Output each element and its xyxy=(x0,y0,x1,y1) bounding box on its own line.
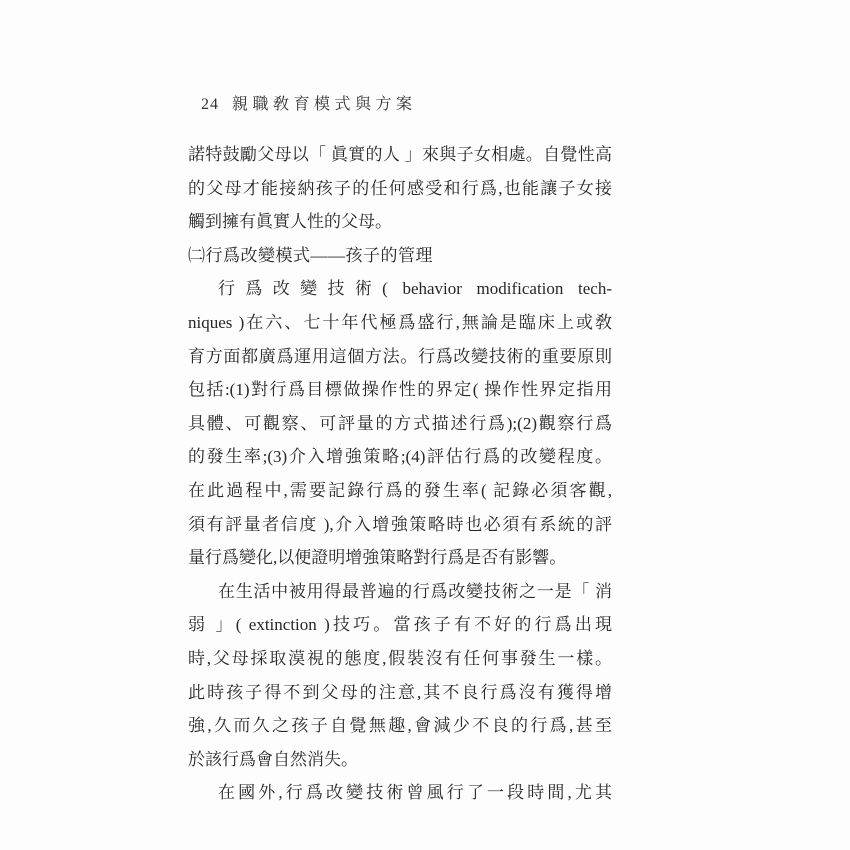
running-header: 24親職敎育模式與方案 xyxy=(201,96,417,114)
paragraph-line: 量行爲變化,以便證明增強策略對行爲是否有影響。 xyxy=(188,541,612,575)
paragraph-line: 強,久而久之孩子自覺無趣,會減少不良的行爲,甚至 xyxy=(188,709,612,743)
paragraph-line: 的父母才能接納孩子的任何感受和行爲,也能讓子女接 xyxy=(188,172,612,206)
paragraph-line: 觸到擁有眞實人性的父母。 xyxy=(188,205,612,239)
book-title: 親職敎育模式與方案 xyxy=(232,96,417,114)
paragraph-line: 須有評量者信度 ),介入增強策略時也必須有系統的評 xyxy=(188,508,612,542)
section-heading: ㈡行爲改變模式——孩子的管理 xyxy=(188,239,612,273)
paragraph-line: 時,父母採取漠視的態度,假裝沒有任何事發生一樣。 xyxy=(188,642,612,676)
page-body: 諾特鼓勵父母以「 眞實的人 」來與子女相處。自覺性高 的父母才能接納孩子的任何感… xyxy=(188,138,612,810)
paragraph-line: 在國外,行爲改變技術曾風行了一段時間,尤其 xyxy=(188,776,612,810)
paragraph-line: 在生活中被用得最普遍的行爲改變技術之一是「 消 xyxy=(188,575,612,609)
paragraph-line: 弱 」( extinction )技巧。當孩子有不好的行爲出現 xyxy=(188,608,612,642)
paragraph-line: 育方面都廣爲運用這個方法。行爲改變技術的重要原則 xyxy=(188,340,612,374)
book-page: 24親職敎育模式與方案 諾特鼓勵父母以「 眞實的人 」來與子女相處。自覺性高 的… xyxy=(0,0,850,850)
paragraph-line: 包括:(1)對行爲目標做操作性的界定( 操作性界定指用 xyxy=(188,373,612,407)
paragraph-line: niques )在六、七十年代極爲盛行,無論是臨床上或敎 xyxy=(188,306,612,340)
paragraph-line: 於該行爲會自然消失。 xyxy=(188,743,612,777)
paragraph-line: 此時孩子得不到父母的注意,其不良行爲沒有獲得增 xyxy=(188,676,612,710)
paragraph-line: 在此過程中,需要記錄行爲的發生率( 記錄必須客觀, xyxy=(188,474,612,508)
paragraph-line: 諾特鼓勵父母以「 眞實的人 」來與子女相處。自覺性高 xyxy=(188,138,612,172)
paragraph-line: 行爲改變技術( behavior modification tech- xyxy=(188,272,612,306)
page-number: 24 xyxy=(201,96,219,114)
paragraph-line: 具體、可觀察、可評量的方式描述行爲);(2)觀察行爲 xyxy=(188,407,612,441)
paragraph-line: 的發生率;(3)介入增強策略;(4)評估行爲的改變程度。 xyxy=(188,440,612,474)
